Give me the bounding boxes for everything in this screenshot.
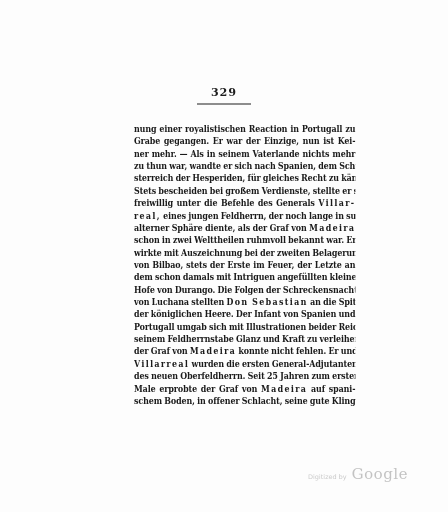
page-number-rule xyxy=(197,103,251,105)
letterspaced-name: Villar- xyxy=(318,199,355,209)
text-line: Grabe gegangen. Er war der Einzige, nun … xyxy=(134,136,355,148)
letterspaced-name: Madeira xyxy=(190,347,236,357)
letterspaced-name: Madeira xyxy=(309,224,355,234)
text-line: wirkte mit Auszeichnung bei der zweiten … xyxy=(134,248,355,260)
text-segment: von Luchana stellten xyxy=(134,298,226,308)
text-segment: alterner Sphäre diente, als der Graf von xyxy=(134,224,309,234)
text-segment: freiwillig unter die Befehle des General… xyxy=(134,199,318,209)
letterspaced-name: Madeira xyxy=(261,385,307,395)
text-line: Portugall umgab sich mit Illustrationen … xyxy=(134,322,355,334)
text-line: nung einer royalistischen Reaction in Po… xyxy=(134,124,355,136)
text-line: zu thun war, wandte er sich nach Spanien… xyxy=(134,161,355,173)
google-logo: Google xyxy=(352,465,408,483)
text-segment: Hofe von Durango. Die Folgen der Schreck… xyxy=(134,286,355,296)
text-segment: eines jungen Feldherrn, der noch lange i… xyxy=(161,212,356,222)
text-segment: des neuen Oberfeldherrn. Seit 25 Jahren … xyxy=(134,372,355,382)
text-segment: Portugall umgab sich mit Illustrationen … xyxy=(134,323,355,333)
text-segment: ner mehr. — Als in seinem Vaterlande nic… xyxy=(134,150,355,160)
text-line: seinem Feldherrnstabe Glanz und Kraft zu… xyxy=(134,334,355,346)
page-header: 329 xyxy=(0,0,448,105)
watermark: Digitized by Google xyxy=(250,465,408,483)
text-line: Male erprobte der Graf von Madeira auf s… xyxy=(134,384,355,396)
letterspaced-name: real, xyxy=(134,212,161,222)
text-segment: der königlichen Heere. Der Infant von Sp… xyxy=(134,310,355,320)
scanned-book-page: 329 nung einer royalistischen Reaction i… xyxy=(0,0,448,512)
page-number: 329 xyxy=(0,87,448,98)
text-segment: der Graf von xyxy=(134,347,190,357)
text-line: alterner Sphäre diente, als der Graf von… xyxy=(134,223,355,235)
text-line: Hofe von Durango. Die Folgen der Schreck… xyxy=(134,285,355,297)
text-segment: zu thun war, wandte er sich nach Spanien… xyxy=(134,162,355,172)
text-segment: seinem Feldherrnstabe Glanz und Kraft zu… xyxy=(134,335,355,345)
text-line: freiwillig unter die Befehle des General… xyxy=(134,198,355,210)
text-line: der königlichen Heere. Der Infant von Sp… xyxy=(134,309,355,321)
text-line: von Bilbao, stets der Erste im Feuer, de… xyxy=(134,260,355,272)
text-segment: dem schon damals mit Intriguen angefüllt… xyxy=(134,273,355,283)
text-segment: Grabe gegangen. Er war der Einzige, nun … xyxy=(134,137,355,147)
text-segment: Male erprobte der Graf von xyxy=(134,385,261,395)
letterspaced-name: Villarreal xyxy=(134,360,189,370)
text-segment: konnte nicht fehlen. Er und xyxy=(236,347,355,357)
text-line: dem schon damals mit Intriguen angefüllt… xyxy=(134,272,355,284)
text-line: sterreich der Hesperiden, für gleiches R… xyxy=(134,173,355,185)
text-line: real, eines jungen Feldherrn, der noch l… xyxy=(134,211,355,223)
text-segment: wurden die ersten General-Adjutanten xyxy=(189,360,355,370)
text-line: Stets bescheiden bei großem Verdienste, … xyxy=(134,186,355,198)
text-line: der Graf von Madeira konnte nicht fehlen… xyxy=(134,346,355,358)
text-line: von Luchana stellten Don Sebastian an di… xyxy=(134,297,355,309)
text-segment: nung einer royalistischen Reaction in Po… xyxy=(134,125,355,135)
text-segment: wirkte mit Auszeichnung bei der zweiten … xyxy=(134,249,355,259)
digitized-by-label: Digitized by xyxy=(308,473,347,481)
text-segment: sterreich der Hesperiden, für gleiches R… xyxy=(134,174,355,184)
text-line: Villarreal wurden die ersten General-Adj… xyxy=(134,359,355,371)
letterspaced-name: Don Sebastian xyxy=(226,298,307,308)
body-text: nung einer royalistischen Reaction in Po… xyxy=(134,124,355,408)
text-line: des neuen Oberfeldherrn. Seit 25 Jahren … xyxy=(134,371,355,383)
text-line: ner mehr. — Als in seinem Vaterlande nic… xyxy=(134,149,355,161)
text-line: schon in zwei Welttheilen ruhmvoll bekan… xyxy=(134,235,355,247)
text-segment: von Bilbao, stets der Erste im Feuer, de… xyxy=(134,261,355,271)
text-segment: schon in zwei Welttheilen ruhmvoll bekan… xyxy=(134,236,355,246)
text-line: schem Boden, in offener Schlacht, seine … xyxy=(134,396,355,408)
text-segment: auf spani- xyxy=(307,385,355,395)
text-segment: schem Boden, in offener Schlacht, seine … xyxy=(134,397,355,407)
text-segment: an die Spitze xyxy=(308,298,356,308)
text-segment: Stets bescheiden bei großem Verdienste, … xyxy=(134,187,355,197)
